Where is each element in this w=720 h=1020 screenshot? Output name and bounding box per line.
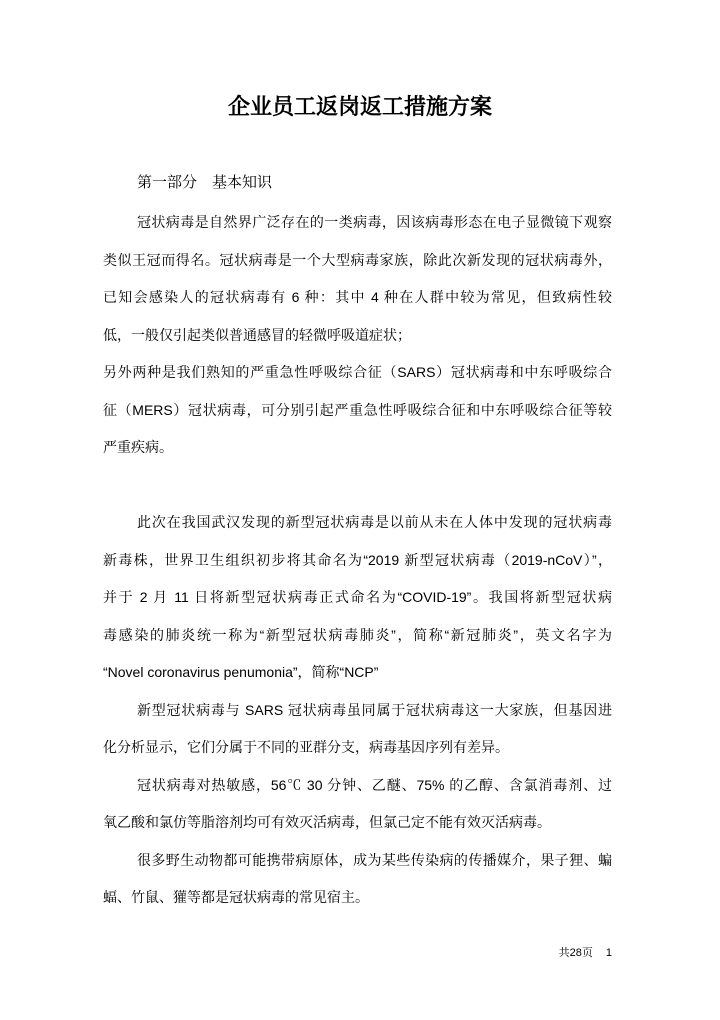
body-line: 冠状病毒是自然界广泛存在的一类病毒，因该病毒形态在电子显微镜下观察 — [103, 204, 612, 242]
section-heading: 第一部分 基本知识 — [103, 171, 612, 192]
body-line: 另外两种是我们熟知的严重急性呼吸综合征（SARS）冠状病毒和中东呼吸综合 — [103, 354, 612, 392]
body-line: 化分析显示，它们分属于不同的亚群分支，病毒基因序列有差异。 — [103, 729, 612, 767]
paragraph-spacer — [103, 467, 612, 505]
page-footer: 共28页1 — [103, 944, 612, 960]
page-number: 1 — [606, 947, 612, 959]
page-title: 企业员工返岗返工措施方案 — [0, 90, 720, 121]
body-line: 已知会感染人的冠状病毒有 6 种：其中 4 种在人群中较为常见，但致病性较 — [103, 279, 612, 317]
body-line: 新毒株，世界卫生组织初步将其命名为“2019 新型冠状病毒（2019-nCoV）… — [103, 542, 612, 580]
body-line: 冠状病毒对热敏感，56℃ 30 分钟、乙醚、75% 的乙醇、含氯消毒剂、过 — [103, 767, 612, 805]
page-count-label: 共28页 — [559, 947, 593, 959]
body-line: 此次在我国武汉发现的新型冠状病毒是以前从未在人体中发现的冠状病毒 — [103, 504, 612, 542]
body-line: 氧乙酸和氯仿等脂溶剂均可有效灭活病毒，但氯己定不能有效灭活病毒。 — [103, 804, 612, 842]
body-line: “Novel coronavirus penumonia”，简称“NCP” — [103, 654, 612, 692]
body-line: 类似王冠而得名。冠状病毒是一个大型病毒家族，除此次新发现的冠状病毒外， — [103, 242, 612, 280]
body-line: 新型冠状病毒与 SARS 冠状病毒虽同属于冠状病毒这一大家族，但基因进 — [103, 692, 612, 730]
body-line: 并于 2 月 11 日将新型冠状病毒正式命名为“COVID-19”。我国将新型冠… — [103, 579, 612, 617]
body-line: 严重疾病。 — [103, 429, 612, 467]
body-line: 毒感染的肺炎统一称为“新型冠状病毒肺炎”，简称“新冠肺炎”，英文名字为 — [103, 617, 612, 655]
body-line: 征（MERS）冠状病毒，可分别引起严重急性呼吸综合征和中东呼吸综合征等较 — [103, 392, 612, 430]
body-line: 很多野生动物都可能携带病原体，成为某些传染病的传播媒介，果子狸、蝙 — [103, 842, 612, 880]
body-line: 低，一般仅引起类似普通感冒的轻微呼吸道症状； — [103, 317, 612, 355]
document-body: 冠状病毒是自然界广泛存在的一类病毒，因该病毒形态在电子显微镜下观察 类似王冠而得… — [103, 204, 612, 917]
document-page: 企业员工返岗返工措施方案 第一部分 基本知识 冠状病毒是自然界广泛存在的一类病毒… — [0, 0, 720, 1020]
body-line: 蝠、竹鼠、獾等都是冠状病毒的常见宿主。 — [103, 879, 612, 917]
